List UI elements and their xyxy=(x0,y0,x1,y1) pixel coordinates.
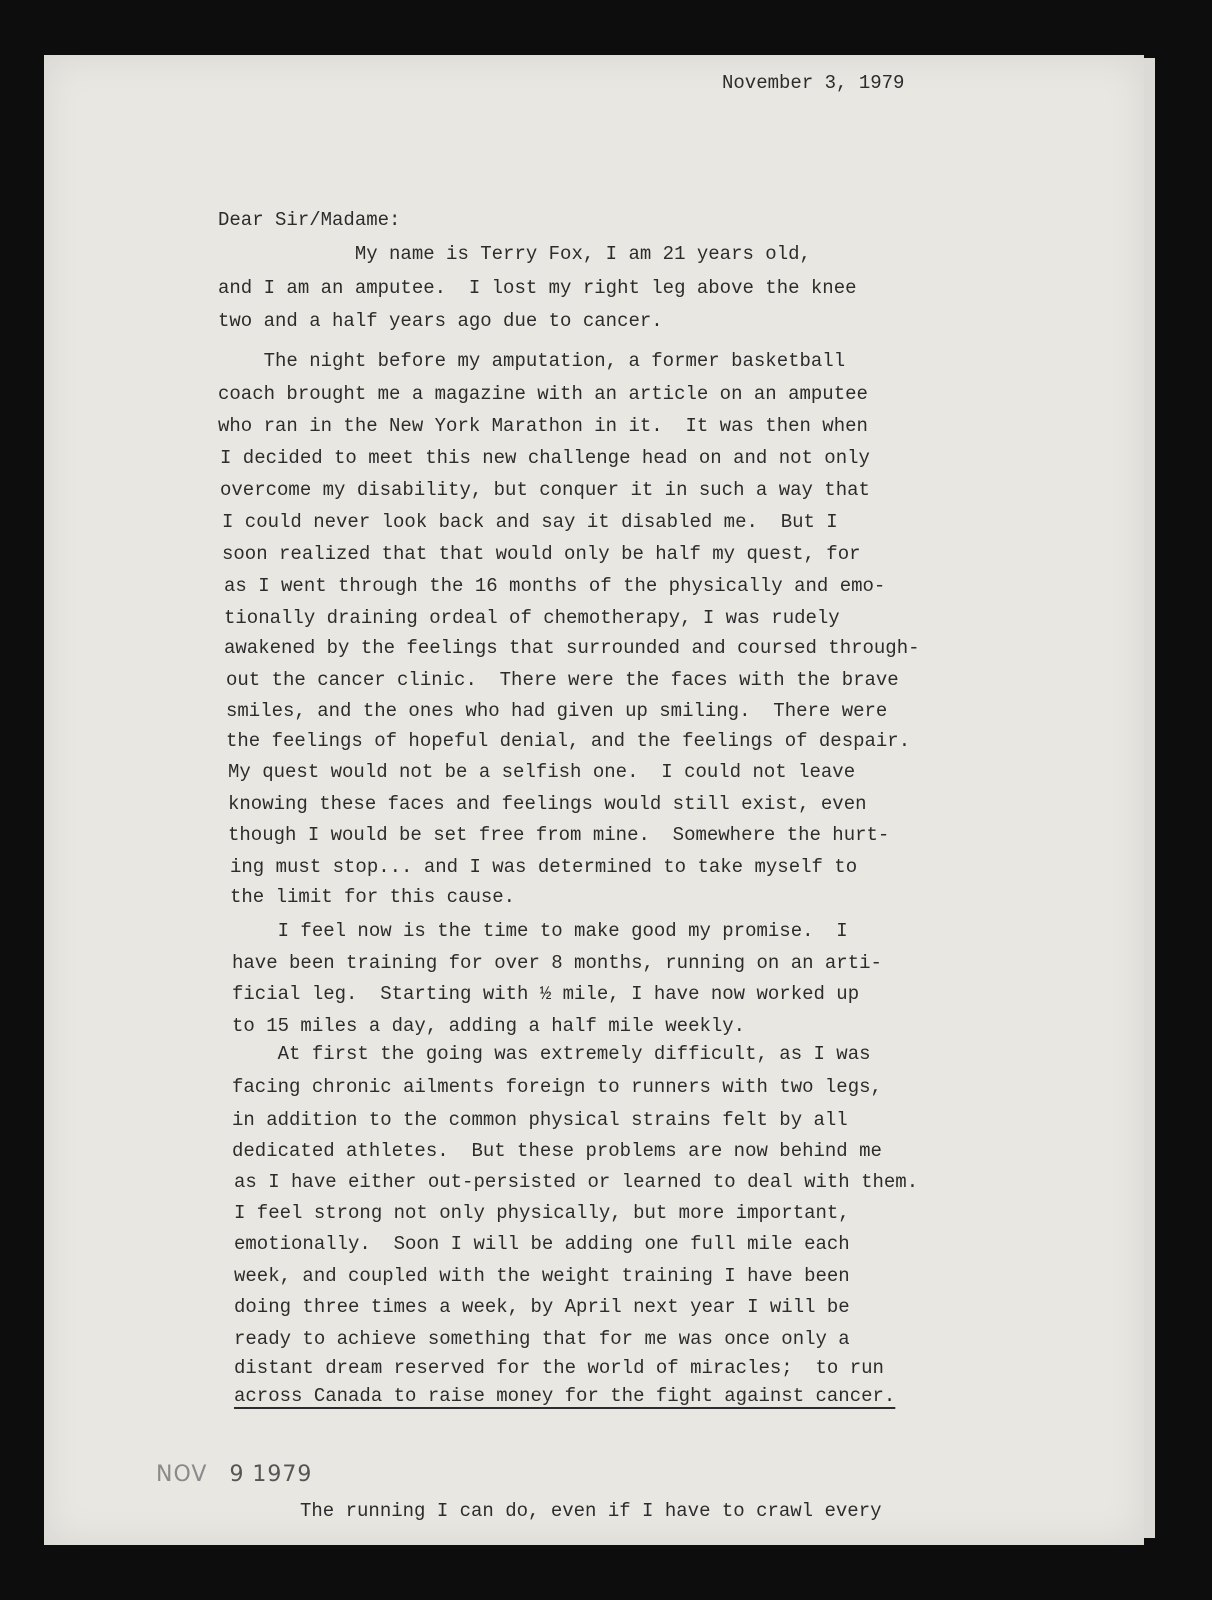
letter-line: have been training for over 8 months, ru… xyxy=(232,952,882,974)
letter-date: November 3, 1979 xyxy=(722,72,904,94)
letter-line: dedicated athletes. But these problems a… xyxy=(232,1140,882,1162)
letter-line: two and a half years ago due to cancer. xyxy=(218,310,663,332)
letter-line: across Canada to raise money for the fig… xyxy=(234,1385,895,1407)
letter-line: doing three times a week, by April next … xyxy=(234,1296,850,1318)
letter-line: I feel now is the time to make good my p… xyxy=(232,920,848,942)
letter-line: At first the going was extremely difficu… xyxy=(232,1043,871,1065)
letter-line: the feelings of hopeful denial, and the … xyxy=(226,730,910,752)
letter-line: emotionally. Soon I will be adding one f… xyxy=(234,1233,850,1255)
letter-line: distant dream reserved for the world of … xyxy=(234,1357,884,1379)
letter-line: in addition to the common physical strai… xyxy=(232,1109,848,1131)
letter-line: My name is Terry Fox, I am 21 years old, xyxy=(218,243,811,265)
letter-line: out the cancer clinic. There were the fa… xyxy=(226,669,899,691)
letter-line: overcome my disability, but conquer it i… xyxy=(220,479,870,501)
letter-line: and I am an amputee. I lost my right leg… xyxy=(218,277,857,299)
letter-line: The night before my amputation, a former… xyxy=(218,350,845,372)
letter-line: who ran in the New York Marathon in it. … xyxy=(218,415,868,437)
letter-line: ficial leg. Starting with ½ mile, I have… xyxy=(232,983,859,1005)
letter-line: facing chronic ailments foreign to runne… xyxy=(232,1076,882,1098)
letter-line: the limit for this cause. xyxy=(230,886,515,908)
stamp-day-year: 9 1979 xyxy=(229,1462,312,1487)
received-stamp: NOV9 1979 xyxy=(156,1462,312,1487)
letter-line: as I went through the 16 months of the p… xyxy=(224,575,885,597)
letter-line: I feel strong not only physically, but m… xyxy=(234,1202,850,1224)
letter-line: tionally draining ordeal of chemotherapy… xyxy=(224,607,840,629)
letter-line: week, and coupled with the weight traini… xyxy=(234,1265,850,1287)
continuation-line: The running I can do, even if I have to … xyxy=(300,1500,882,1522)
letter-line: I decided to meet this new challenge hea… xyxy=(220,447,870,469)
letter-line: My quest would not be a selfish one. I c… xyxy=(228,761,855,783)
letter-line: ing must stop... and I was determined to… xyxy=(230,856,857,878)
letter-line: I could never look back and say it disab… xyxy=(222,511,838,533)
stamp-month: NOV xyxy=(156,1462,207,1487)
letter-line: as I have either out-persisted or learne… xyxy=(234,1171,918,1193)
letter-line: coach brought me a magazine with an arti… xyxy=(218,383,868,405)
background-edge xyxy=(0,1546,1212,1600)
letter-line: smiles, and the ones who had given up sm… xyxy=(226,700,887,722)
letter-line: though I would be set free from mine. So… xyxy=(228,824,889,846)
salutation: Dear Sir/Madame: xyxy=(218,209,400,231)
letter-line: awakened by the feelings that surrounded… xyxy=(224,637,920,659)
letter-line: knowing these faces and feelings would s… xyxy=(228,793,867,815)
letter-line: soon realized that that would only be ha… xyxy=(222,543,861,565)
letter-line: ready to achieve something that for me w… xyxy=(234,1328,850,1350)
letter-line: to 15 miles a day, adding a half mile we… xyxy=(232,1015,745,1037)
